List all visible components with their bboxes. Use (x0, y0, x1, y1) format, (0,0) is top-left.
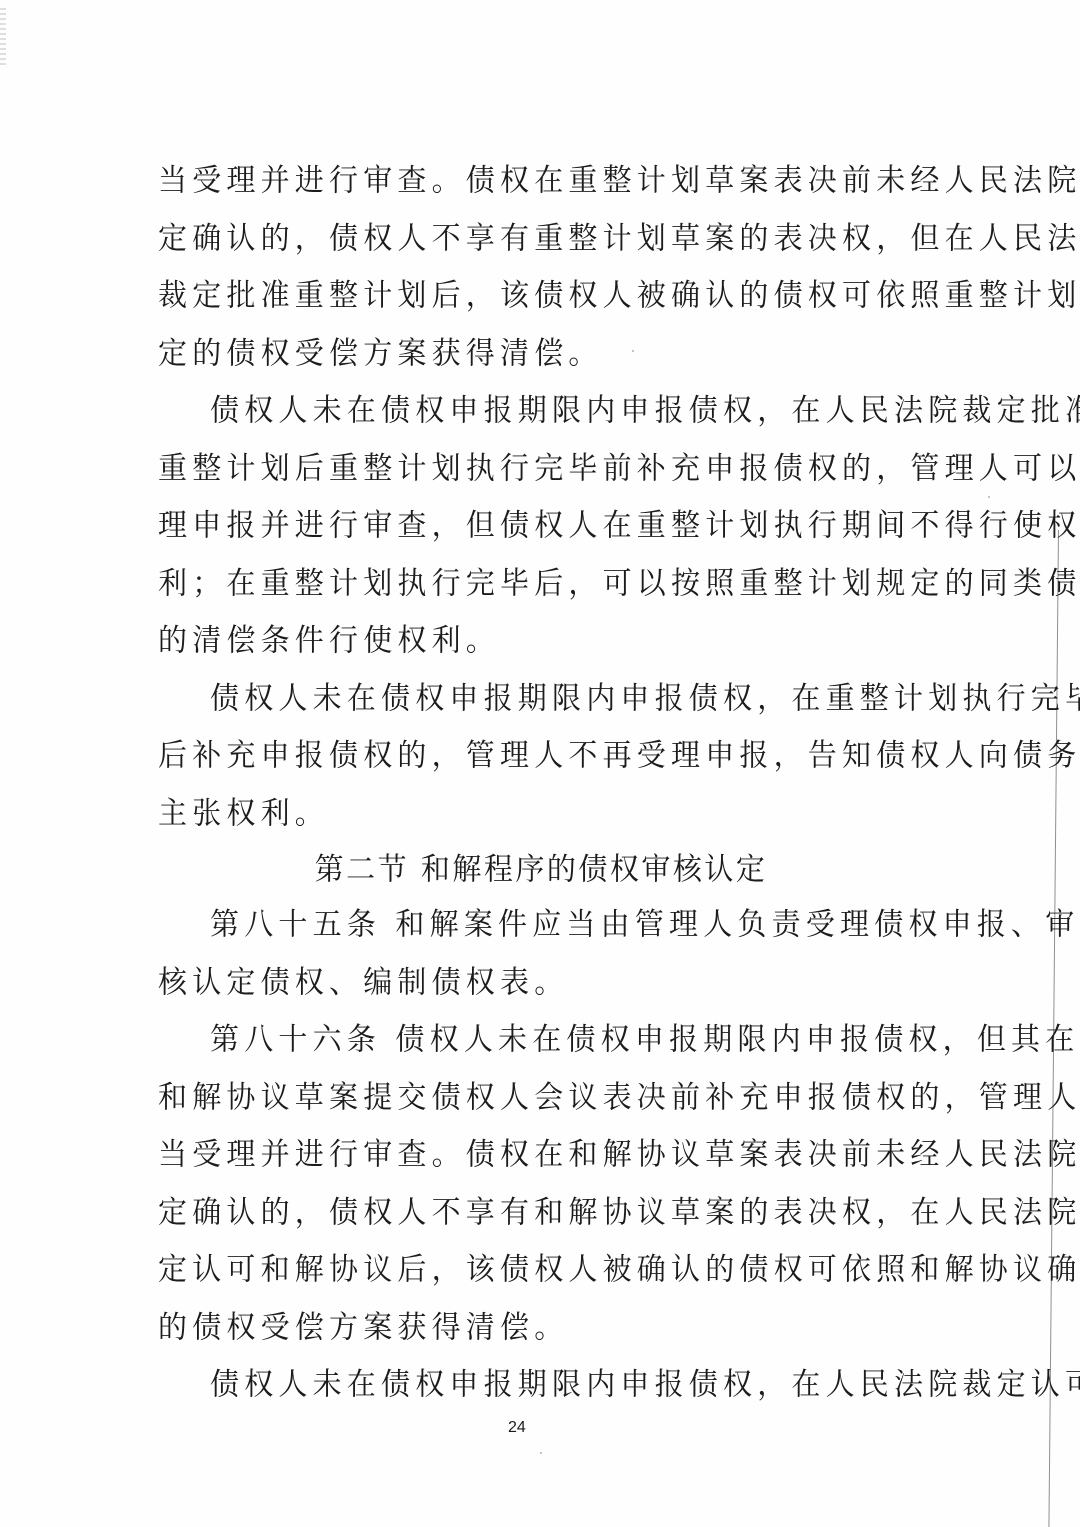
text-line: 理申报并进行审查，但债权人在重整计划执行期间不得行使权 (158, 496, 904, 556)
text-line: 定确认的，债权人不享有和解协议草案的表决权，在人民法院裁 (158, 1182, 904, 1242)
scan-speck (988, 496, 990, 498)
scan-edge-artifact-left (0, 8, 6, 68)
scan-speck (632, 350, 634, 352)
paragraph-first-line: 债权人未在债权申报期限内申报债权，在重整计划执行完毕 (158, 668, 904, 728)
paragraph-first-line: 债权人未在债权申报期限内申报债权，在人民法院裁定批准 (158, 381, 904, 441)
scan-speck (540, 1452, 542, 1454)
section-heading: 第二节 和解程序的债权审核认定 (168, 841, 914, 898)
text-line: 和解协议草案提交债权人会议表决前补充申报债权的，管理人应 (158, 1067, 904, 1127)
article-85-first-line: 第八十五条 和解案件应当由管理人负责受理债权申报、审 (158, 895, 904, 955)
text-line: 核认定债权、编制债权表。 (158, 952, 904, 1012)
document-page: 当受理并进行审查。债权在重整计划草案表决前未经人民法院裁 定确认的，债权人不享有… (0, 0, 1080, 1527)
text-line: 当受理并进行审查。债权在和解协议草案表决前未经人民法院裁 (158, 1125, 904, 1185)
document-body: 当受理并进行审查。债权在重整计划草案表决前未经人民法院裁 定确认的，债权人不享有… (158, 152, 904, 1414)
text-line: 定确认的，债权人不享有重整计划草案的表决权，但在人民法院 (158, 208, 904, 268)
text-line: 当受理并进行审查。债权在重整计划草案表决前未经人民法院裁 (158, 151, 904, 211)
text-line: 后补充申报债权的，管理人不再受理申报，告知债权人向债务人 (158, 726, 904, 786)
text-line: 主张权利。 (158, 783, 904, 843)
paragraph-first-line: 债权人未在债权申报期限内申报债权，在人民法院裁定认可 (158, 1355, 904, 1415)
text-line: 重整计划后重整计划执行完毕前补充申报债权的，管理人可以受 (158, 438, 904, 498)
text-line: 裁定批准重整计划后，该债权人被确认的债权可依照重整计划确 (158, 266, 904, 326)
text-line: 的债权受偿方案获得清偿。 (158, 1297, 904, 1357)
text-line: 的清偿条件行使权利。 (158, 611, 904, 671)
text-line: 利；在重整计划执行完毕后，可以按照重整计划规定的同类债权 (158, 553, 904, 613)
text-line: 定的债权受偿方案获得清偿。 (158, 323, 904, 383)
article-86-first-line: 第八十六条 债权人未在债权申报期限内申报债权，但其在 (158, 1010, 904, 1070)
page-number: 24 (508, 1419, 526, 1437)
text-line: 定认可和解协议后，该债权人被确认的债权可依照和解协议确定 (158, 1240, 904, 1300)
